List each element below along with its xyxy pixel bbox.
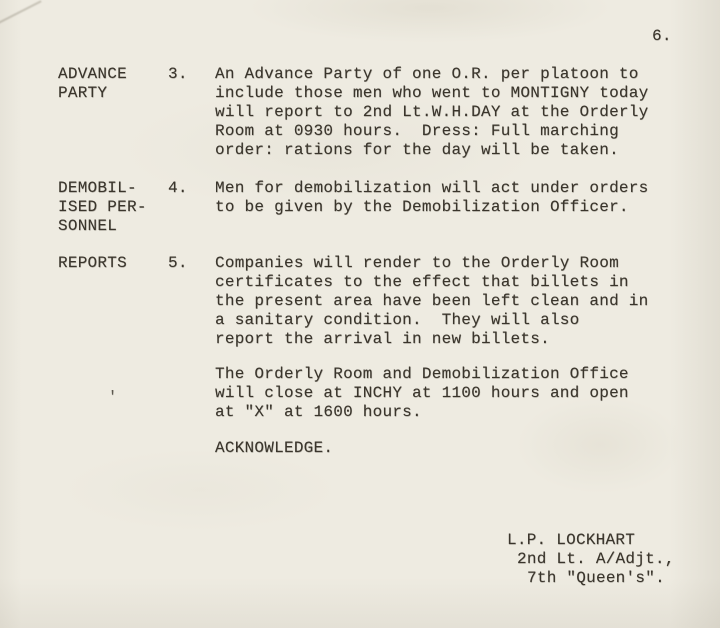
item-body: Companies will render to the Orderly Roo…	[215, 254, 648, 349]
margin-heading: ADVANCE PARTY	[58, 65, 127, 103]
page-corner-crease	[0, 0, 42, 25]
item-body: An Advance Party of one O.R. per platoon…	[215, 65, 648, 160]
signature-rank: 2nd Lt. A/Adjt.,	[517, 550, 675, 569]
signature-block: L.P. LOCKHART 2nd Lt. A/Adjt., 7th "Quee…	[507, 531, 675, 588]
item-number: 4.	[168, 179, 188, 198]
page-number: 6.	[652, 27, 672, 46]
signature-unit: 7th "Queen's".	[527, 569, 675, 588]
item-number: 3.	[168, 65, 188, 84]
item-body: Men for demobilization will act under or…	[215, 179, 648, 217]
closing-hours-paragraph: The Orderly Room and Demobilization Offi…	[215, 365, 629, 422]
acknowledge-line: ACKNOWLEDGE.	[215, 439, 333, 458]
margin-heading: REPORTS	[58, 254, 127, 273]
document-page: 6. ADVANCE PARTY 3. An Advance Party of …	[0, 0, 720, 628]
item-number: 5.	[168, 254, 188, 273]
margin-heading: DEMOBIL- ISED PER- SONNEL	[58, 179, 147, 236]
signature-name: L.P. LOCKHART	[507, 531, 675, 550]
stray-ink-mark: '	[108, 388, 117, 407]
